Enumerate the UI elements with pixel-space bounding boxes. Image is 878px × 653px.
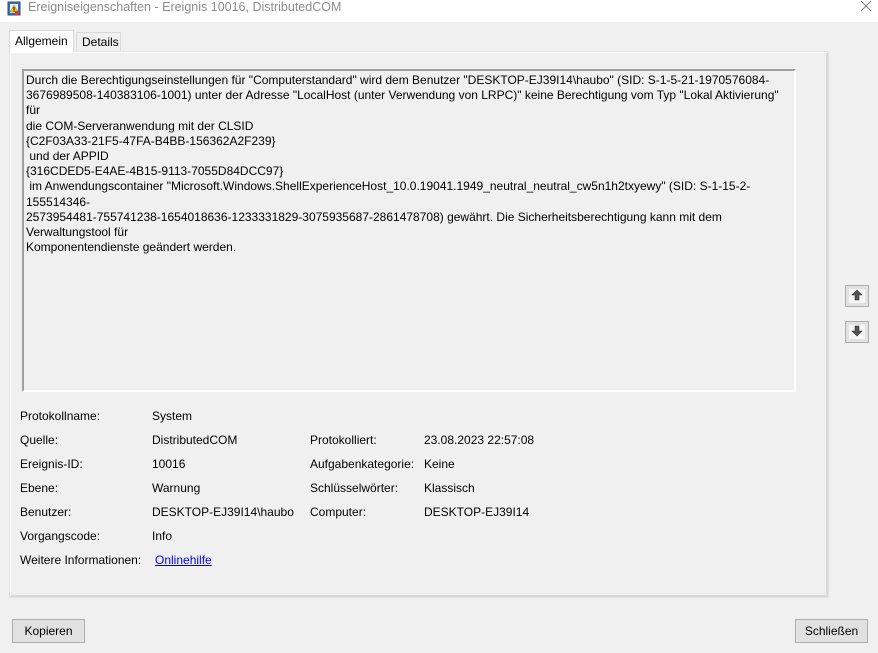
protokollname-label: Protokollname: — [20, 409, 100, 424]
protokollname-value: System — [152, 409, 192, 424]
window-title: Ereigniseigenschaften - Ereignis 10016, … — [28, 0, 341, 15]
close-icon[interactable] — [858, 0, 874, 14]
event-viewer-icon — [7, 1, 21, 16]
arrow-up-icon — [851, 289, 863, 304]
event-description[interactable]: Durch die Berechtigungseinstellungen für… — [22, 69, 796, 392]
aufgabenkategorie-value: Keine — [424, 457, 455, 472]
vorgangscode-label: Vorgangscode: — [20, 529, 100, 544]
copy-button[interactable]: Kopieren — [12, 619, 85, 643]
ereignis-id-value: 10016 — [152, 457, 185, 472]
close-button[interactable]: Schließen — [795, 619, 868, 643]
quelle-label: Quelle: — [20, 433, 58, 448]
protokolliert-value: 23.08.2023 22:57:08 — [424, 433, 534, 448]
tab-allgemein[interactable]: Allgemein — [9, 30, 74, 52]
benutzer-value: DESKTOP-EJ39I14\haubo — [152, 505, 294, 520]
protokolliert-label: Protokolliert: — [310, 433, 377, 448]
ereignis-id-label: Ereignis-ID: — [20, 457, 83, 472]
previous-event-button[interactable] — [845, 285, 869, 307]
arrow-down-icon — [851, 325, 863, 340]
schluesselwoerter-label: Schlüsselwörter: — [310, 481, 398, 496]
quelle-value: DistributedCOM — [152, 433, 237, 448]
onlinehilfe-link[interactable]: Onlinehilfe — [155, 553, 212, 568]
schluesselwoerter-value: Klassisch — [424, 481, 475, 496]
title-bar: Ereigniseigenschaften - Ereignis 10016, … — [0, 0, 878, 22]
aufgabenkategorie-label: Aufgabenkategorie: — [310, 457, 414, 472]
vorgangscode-value: Info — [152, 529, 172, 544]
computer-value: DESKTOP-EJ39I14 — [424, 505, 529, 520]
benutzer-label: Benutzer: — [20, 505, 71, 520]
computer-label: Computer: — [310, 505, 366, 520]
ebene-value: Warnung — [152, 481, 200, 496]
weitere-informationen-label: Weitere Informationen: — [20, 553, 141, 568]
tab-details[interactable]: Details — [76, 32, 121, 52]
next-event-button[interactable] — [845, 321, 869, 343]
ebene-label: Ebene: — [20, 481, 58, 496]
